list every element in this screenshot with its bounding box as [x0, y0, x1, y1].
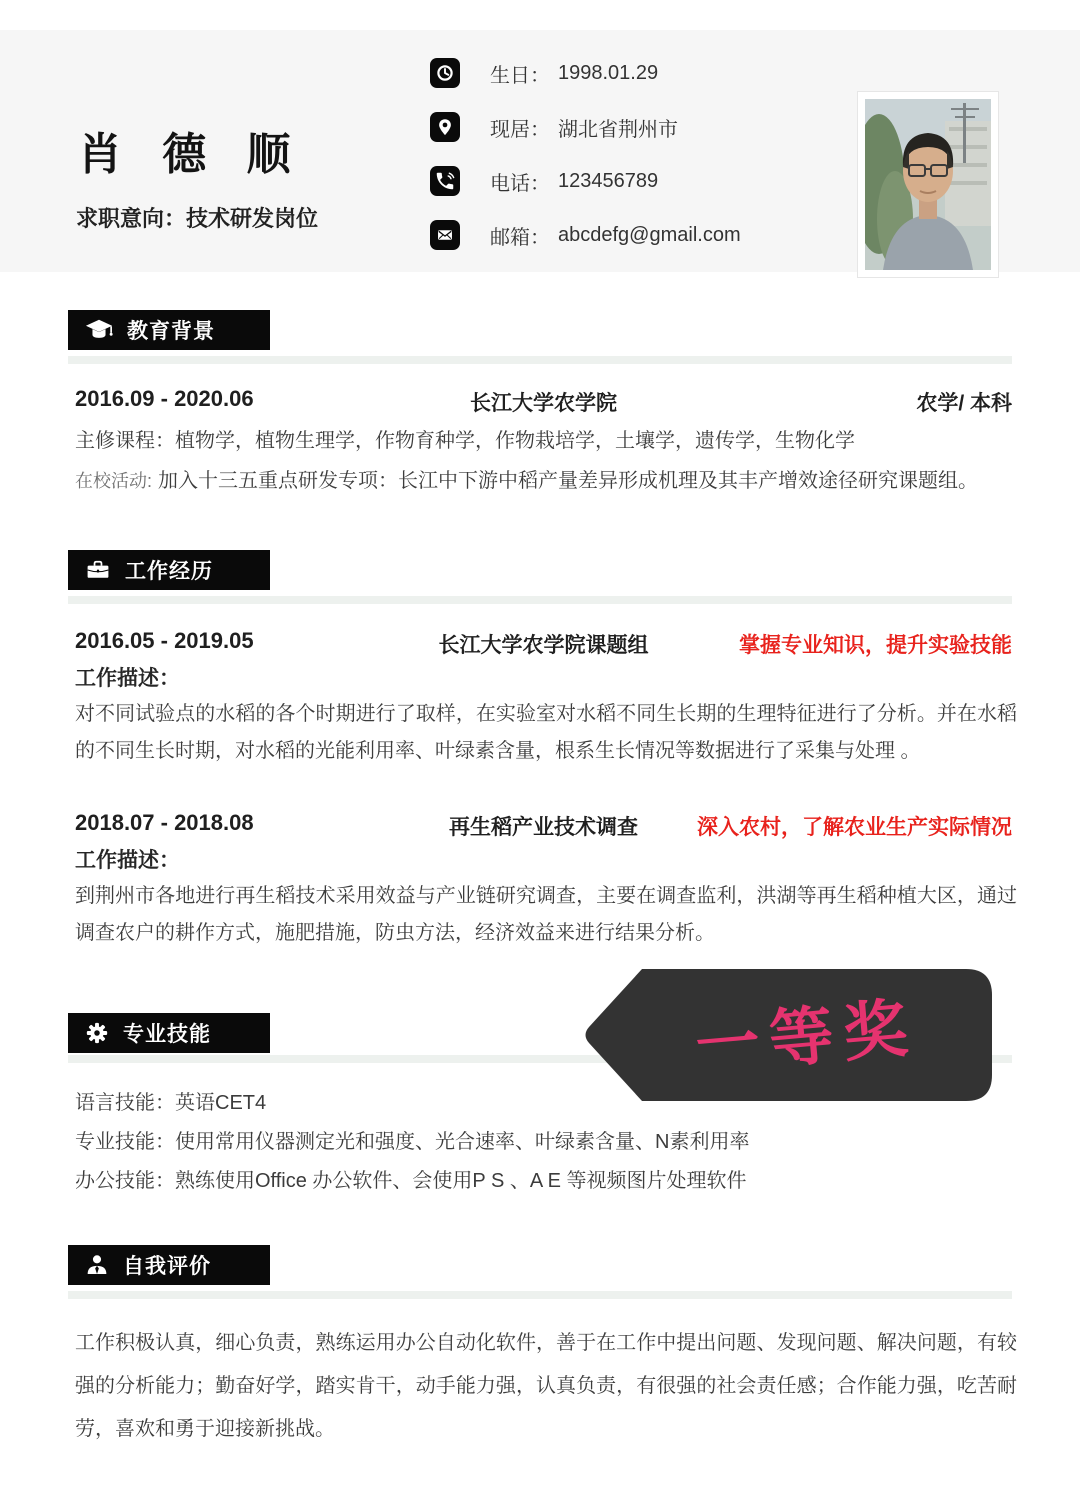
education-period: 2016.09 - 2020.06	[75, 386, 254, 412]
badge-text: 一等奖	[691, 977, 920, 1088]
education-activity-label: 在校活动:	[75, 471, 152, 491]
education-activity-text: 加入十三五重点研发专项：长江中下游中稻产量差异形成机理及其丰产增效途径研究课题组…	[158, 470, 978, 492]
work-org: 再生稻产业技术调查	[449, 811, 638, 841]
section-title: 自我评价	[123, 1250, 211, 1280]
work-desc: 到荆州市各地进行再生稻技术采用效益与产业链研究调查，主要在调查监利，洪湖等再生稻…	[75, 878, 1017, 952]
contact-row-email: 邮箱： abcdefg@gmail.com	[430, 220, 741, 250]
contact-row-residence: 现居： 湖北省荆州市	[430, 112, 678, 142]
skill-language: 语言技能：英语CET4	[75, 1086, 266, 1115]
section-header-evaluation: 自我评价	[68, 1245, 270, 1285]
work-entry-title-row: 2018.07 - 2018.08 再生稻产业技术调查 深入农村，了解农业生产实…	[75, 810, 1012, 838]
work-period: 2018.07 - 2018.08	[75, 810, 254, 836]
section-header-education: 教育背景	[68, 310, 270, 350]
envelope-icon	[430, 220, 460, 250]
contact-label: 现居：	[490, 113, 550, 142]
contact-value: 湖北省荆州市	[558, 113, 678, 142]
self-evaluation-text: 工作积极认真，细心负责，熟练运用办公自动化软件，善于在工作中提出问题、发现问题、…	[75, 1322, 1017, 1451]
contact-value: 1998.01.29	[558, 62, 658, 85]
location-pin-icon	[430, 112, 460, 142]
resume-page: 肖 德 顺 求职意向：技术研发岗位 生日： 1998.01.29 现居： 湖北省…	[0, 0, 1080, 1490]
work-desc-label: 工作描述：	[75, 844, 180, 874]
education-school: 长江大学农学院	[470, 387, 617, 417]
work-desc: 对不同试验点的水稻的各个时期进行了取样，在实验室对水稻不同生长期的生理特征进行了…	[75, 696, 1017, 770]
work-org: 长江大学农学院课题组	[439, 629, 649, 659]
first-prize-badge: 一等奖	[578, 966, 996, 1104]
job-objective: 求职意向：技术研发岗位	[76, 202, 318, 233]
work-desc-label: 工作描述：	[75, 662, 180, 692]
education-degree: 农学/ 本科	[916, 387, 1012, 417]
education-title-row: 2016.09 - 2020.06 长江大学农学院 农学/ 本科	[75, 386, 1012, 414]
work-entry-title-row: 2016.05 - 2019.05 长江大学农学院课题组 掌握专业知识，提升实验…	[75, 628, 1012, 656]
work-highlight: 掌握专业知识，提升实验技能	[739, 629, 1012, 659]
contact-label: 生日：	[490, 59, 550, 88]
graduation-cap-icon	[84, 316, 114, 344]
contact-value: 123456789	[558, 170, 658, 193]
profile-photo	[858, 92, 998, 277]
header-band: 肖 德 顺 求职意向：技术研发岗位 生日： 1998.01.29 现居： 湖北省…	[0, 30, 1080, 272]
work-period: 2016.05 - 2019.05	[75, 628, 254, 654]
candidate-name: 肖 德 顺	[78, 118, 304, 182]
clock-icon	[430, 58, 460, 88]
contact-row-birthday: 生日： 1998.01.29	[430, 58, 658, 88]
education-courses: 主修课程：植物学，植物生理学，作物育种学，作物栽培学，土壤学，遗传学，生物化学	[75, 424, 855, 453]
education-activity: 在校活动:加入十三五重点研发专项：长江中下游中稻产量差异形成机理及其丰产增效途径…	[75, 464, 978, 493]
work-highlight: 深入农村，了解农业生产实际情况	[697, 811, 1012, 841]
section-title: 教育背景	[127, 315, 215, 345]
section-title: 工作经历	[125, 555, 213, 585]
education-underline	[68, 356, 1012, 364]
skill-professional: 专业技能：使用常用仪器测定光和强度、光合速率、叶绿素含量、N素利用率	[75, 1125, 749, 1154]
contact-label: 电话：	[490, 167, 550, 196]
contact-label: 邮箱：	[490, 221, 550, 250]
section-header-skills: 专业技能	[68, 1013, 270, 1053]
contact-row-phone: 电话： 123456789	[430, 166, 658, 196]
contact-value: abcdefg@gmail.com	[558, 224, 741, 247]
gear-icon	[84, 1020, 110, 1046]
section-header-work: 工作经历	[68, 550, 270, 590]
phone-icon	[430, 166, 460, 196]
evaluation-underline	[68, 1291, 1012, 1299]
skill-office: 办公技能：熟练使用Office 办公软件、会使用P S 、A E 等视频图片处理…	[75, 1164, 747, 1193]
work-underline	[68, 596, 1012, 604]
briefcase-icon	[84, 557, 112, 583]
section-title: 专业技能	[123, 1018, 211, 1048]
business-person-icon	[84, 1252, 110, 1278]
